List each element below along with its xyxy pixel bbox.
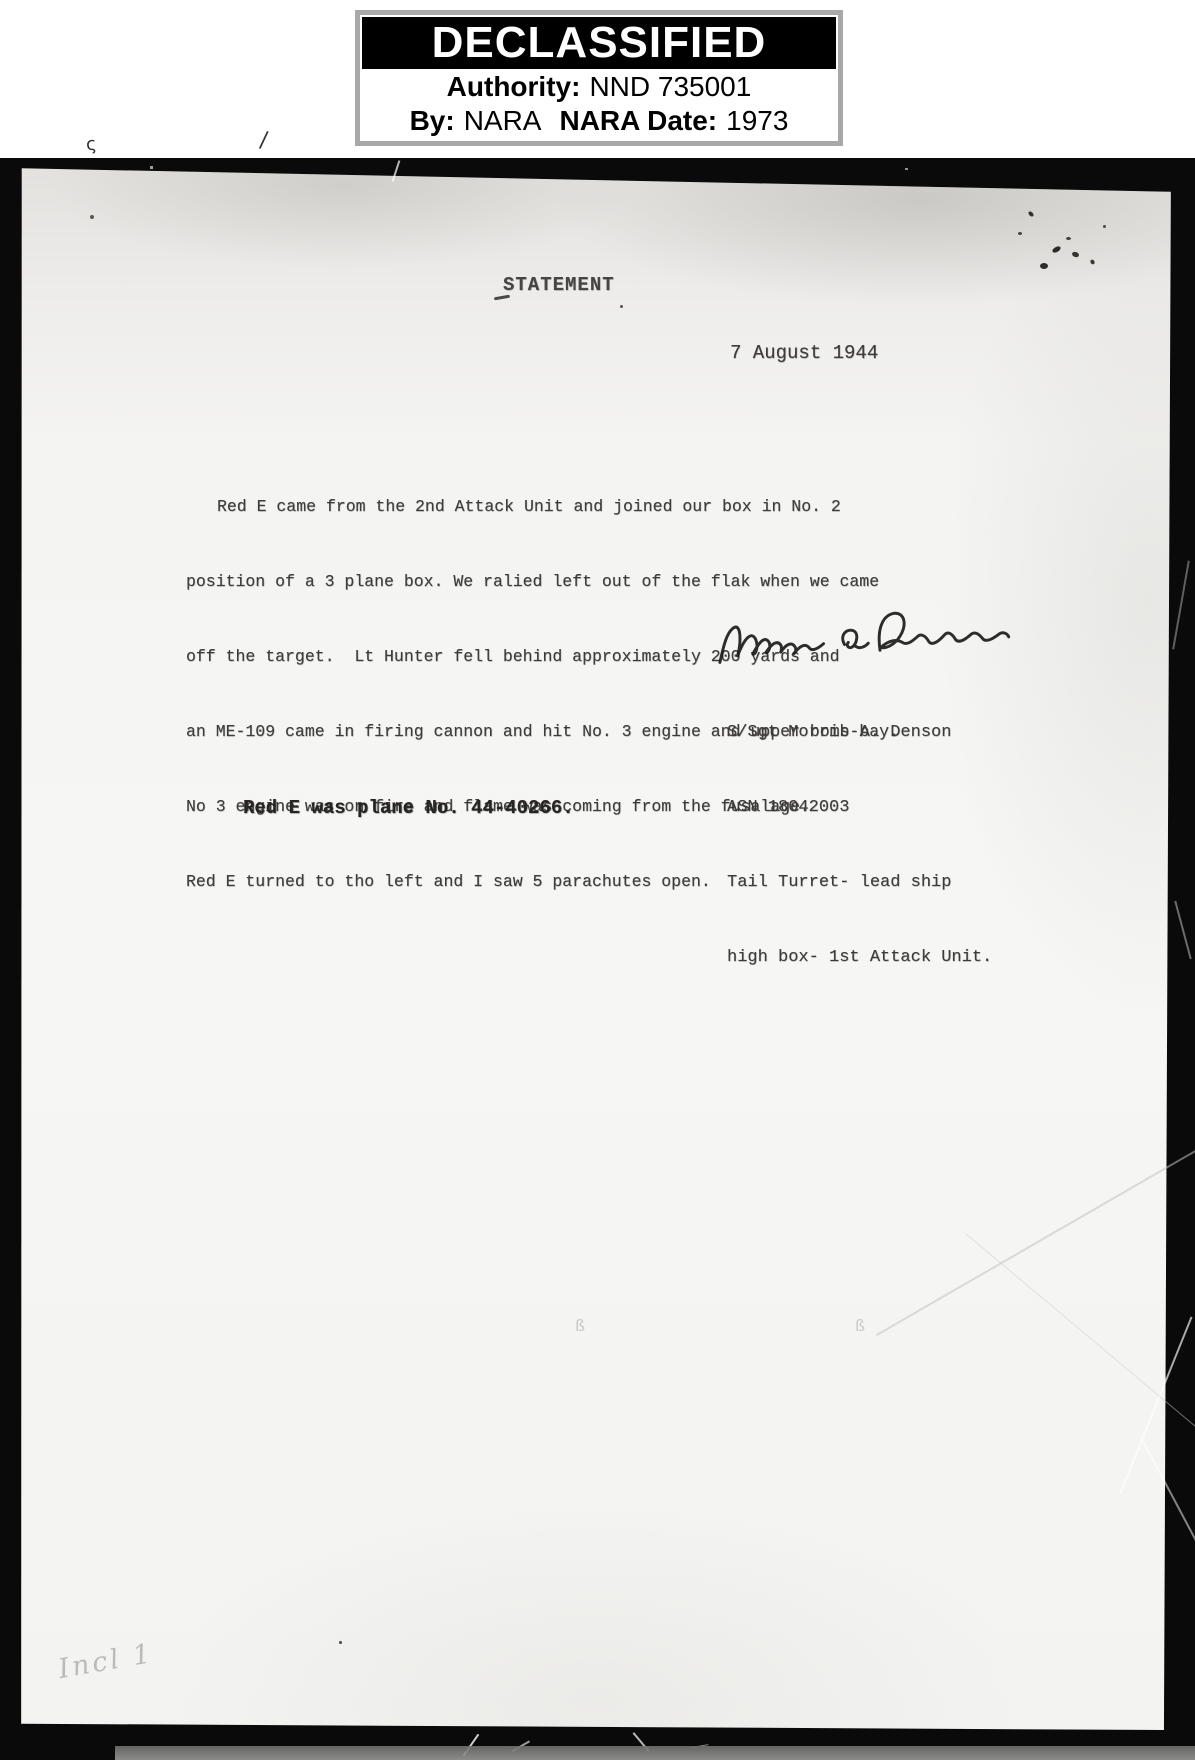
signature-asn: ASN 18042003	[727, 795, 992, 820]
ink-speck	[339, 1641, 342, 1644]
plane-number-note: Red E was plane No. 44-40266.	[243, 797, 574, 819]
scratch-mark	[1172, 561, 1189, 650]
stamp-authority-line: Authority:NND 735001	[360, 71, 838, 103]
scan-bottom-edge	[115, 1746, 1195, 1760]
stamp-date-value: 1973	[726, 105, 788, 136]
signature-script: Morris A. Denson	[710, 588, 1016, 680]
scratch-mark	[1174, 901, 1191, 959]
signature-typed-name: S/Sgt Morris A. Denson	[727, 720, 992, 745]
signature-position-line1: Tail Turret- lead ship	[727, 870, 992, 895]
statement-heading: STATEMENT	[503, 274, 615, 296]
scanned-document-page: ς / DECLASSIFIED Authority:NND 735001 By…	[0, 0, 1195, 1760]
stamp-authority-value: NND 735001	[589, 71, 751, 102]
ink-speck	[1066, 237, 1071, 240]
scan-corner-mark: ς	[85, 134, 98, 156]
ink-speck	[1018, 232, 1022, 235]
faint-artifact-glyph: ß	[855, 1316, 865, 1335]
ink-speck	[90, 215, 94, 219]
stamp-by-line: By:NARANARA Date:1973	[360, 105, 838, 137]
body-line: Red E came from the 2nd Attack Unit and …	[186, 494, 956, 519]
faint-artifact-glyph: ß	[575, 1316, 585, 1335]
declassified-stamp: DECLASSIFIED Authority:NND 735001 By:NAR…	[355, 10, 843, 146]
signature-block: S/Sgt Morris A. Denson ASN 18042003 Tail…	[727, 670, 992, 1020]
paper-sheet	[20, 162, 1172, 1730]
ink-speck	[1103, 225, 1106, 228]
stamp-title: DECLASSIFIED	[362, 17, 836, 69]
stamp-authority-label: Authority:	[447, 71, 581, 102]
signature-position-line2: high box- 1st Attack Unit.	[727, 945, 992, 970]
scratch-mark	[905, 168, 908, 170]
scratch-mark	[150, 166, 153, 169]
ink-speck	[1040, 263, 1048, 269]
scan-slash-mark: /	[258, 128, 269, 154]
statement-date: 7 August 1944	[730, 342, 878, 364]
stamp-by-value: NARA	[464, 105, 542, 136]
ink-speck	[620, 305, 623, 308]
stamp-by-label: By:	[410, 105, 455, 136]
stamp-date-label: NARA Date:	[559, 105, 717, 136]
body-line: position of a 3 plane box. We ralied lef…	[186, 569, 956, 594]
